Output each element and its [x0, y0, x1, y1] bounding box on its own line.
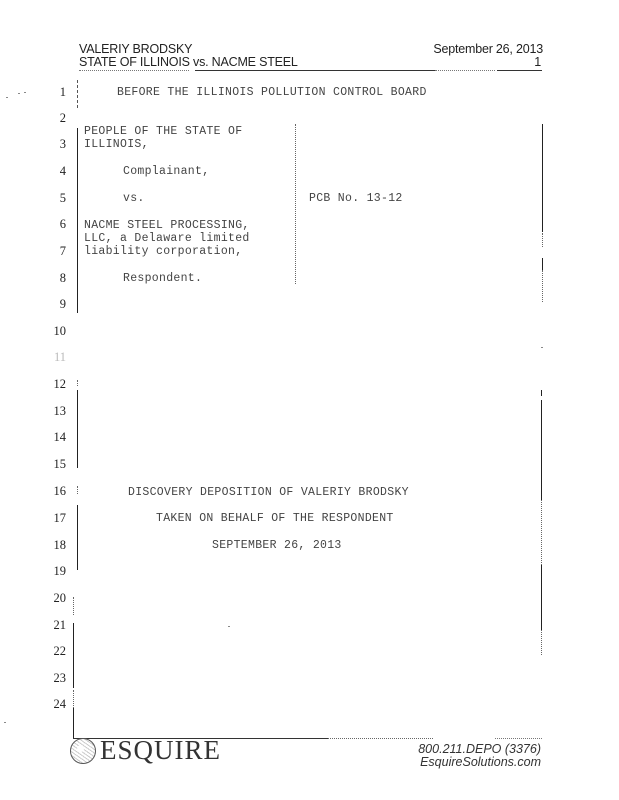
witness-name: VALERIY BRODSKY	[79, 42, 192, 56]
line-number: 14	[36, 430, 66, 445]
line-number: 11	[36, 350, 66, 365]
deposition-date: September 26, 2013	[433, 42, 543, 56]
esquire-logo: ESQUIRE	[70, 737, 221, 764]
line-number: 12	[36, 377, 66, 392]
line-number: 20	[36, 591, 66, 606]
defendant-role: Respondent.	[123, 272, 202, 285]
left-margin-line	[77, 486, 78, 494]
case-number: PCB No. 13-12	[309, 192, 403, 205]
defendant-line-2: LLC, a Delaware limited	[84, 232, 250, 245]
deposition-title: DISCOVERY DEPOSITION OF VALERIY BRODSKY	[128, 486, 409, 499]
line-number: 16	[36, 484, 66, 499]
plaintiff-line-2: ILLINOIS,	[84, 138, 149, 151]
right-margin-line	[541, 400, 542, 500]
line-number: 15	[36, 457, 66, 472]
left-margin-line	[73, 690, 74, 708]
right-margin-line	[541, 390, 542, 396]
line-number: 18	[36, 538, 66, 553]
scan-artifact	[18, 93, 20, 94]
line-number: 7	[36, 244, 66, 259]
line-number: 17	[36, 511, 66, 526]
header-rule	[195, 70, 435, 71]
right-margin-line	[541, 565, 542, 630]
footer-rule-dotted	[328, 738, 433, 739]
right-margin-line	[542, 233, 543, 247]
defendant-line-3: liability corporation,	[84, 245, 242, 258]
left-margin-line	[77, 380, 78, 386]
line-number: 3	[36, 137, 66, 152]
footer-website: EsquireSolutions.com	[420, 755, 541, 769]
versus: vs.	[123, 192, 145, 205]
line-number: 9	[36, 297, 66, 312]
right-margin-line	[541, 500, 542, 565]
deposition-subtitle: TAKEN ON BEHALF OF THE RESPONDENT	[156, 512, 394, 525]
page-number: 1	[534, 55, 541, 69]
left-margin-line	[77, 128, 78, 313]
line-number: 5	[36, 191, 66, 206]
left-margin-line	[73, 597, 74, 615]
left-margin-line	[77, 390, 78, 468]
scan-artifact	[228, 626, 230, 627]
scan-artifact	[6, 97, 8, 98]
line-number: 23	[36, 671, 66, 686]
line-number: 1	[36, 85, 66, 100]
line-number: 24	[36, 697, 66, 712]
scan-artifact	[541, 347, 543, 348]
header-rule-left	[79, 70, 189, 71]
line-number: 22	[36, 644, 66, 659]
caption-divider	[295, 124, 296, 284]
line-number: 10	[36, 324, 66, 339]
plaintiff-role: Complainant,	[123, 165, 209, 178]
defendant-line-1: NACME STEEL PROCESSING,	[84, 219, 250, 232]
line-number: 4	[36, 164, 66, 179]
deposition-date-line: SEPTEMBER 26, 2013	[212, 539, 342, 552]
footer-rule-right	[495, 738, 542, 739]
line-number: 21	[36, 618, 66, 633]
scan-artifact	[4, 722, 6, 723]
line-number: 19	[36, 564, 66, 579]
left-margin-line	[73, 623, 74, 688]
plaintiff-line-1: PEOPLE OF THE STATE OF	[84, 125, 242, 138]
logo-text: ESQUIRE	[100, 737, 221, 764]
left-margin-line	[73, 708, 74, 738]
line-number: 8	[36, 271, 66, 286]
right-margin-line	[542, 258, 543, 270]
left-margin-line	[77, 80, 78, 108]
footer-phone: 800.211.DEPO (3376)	[418, 742, 541, 756]
board-title: BEFORE THE ILLINOIS POLLUTION CONTROL BO…	[117, 86, 427, 99]
scan-artifact	[24, 92, 26, 93]
right-margin-line	[542, 124, 543, 232]
right-margin-line	[541, 630, 542, 655]
case-caption: STATE OF ILLINOIS vs. NACME STEEL	[79, 55, 298, 69]
right-margin-line	[542, 270, 543, 302]
line-number: 2	[36, 111, 66, 126]
left-margin-line	[77, 505, 78, 570]
header-rule-right	[497, 70, 542, 71]
line-number: 6	[36, 217, 66, 232]
line-number: 13	[36, 404, 66, 419]
globe-icon	[70, 738, 96, 764]
header-rule-dotted	[435, 70, 495, 71]
